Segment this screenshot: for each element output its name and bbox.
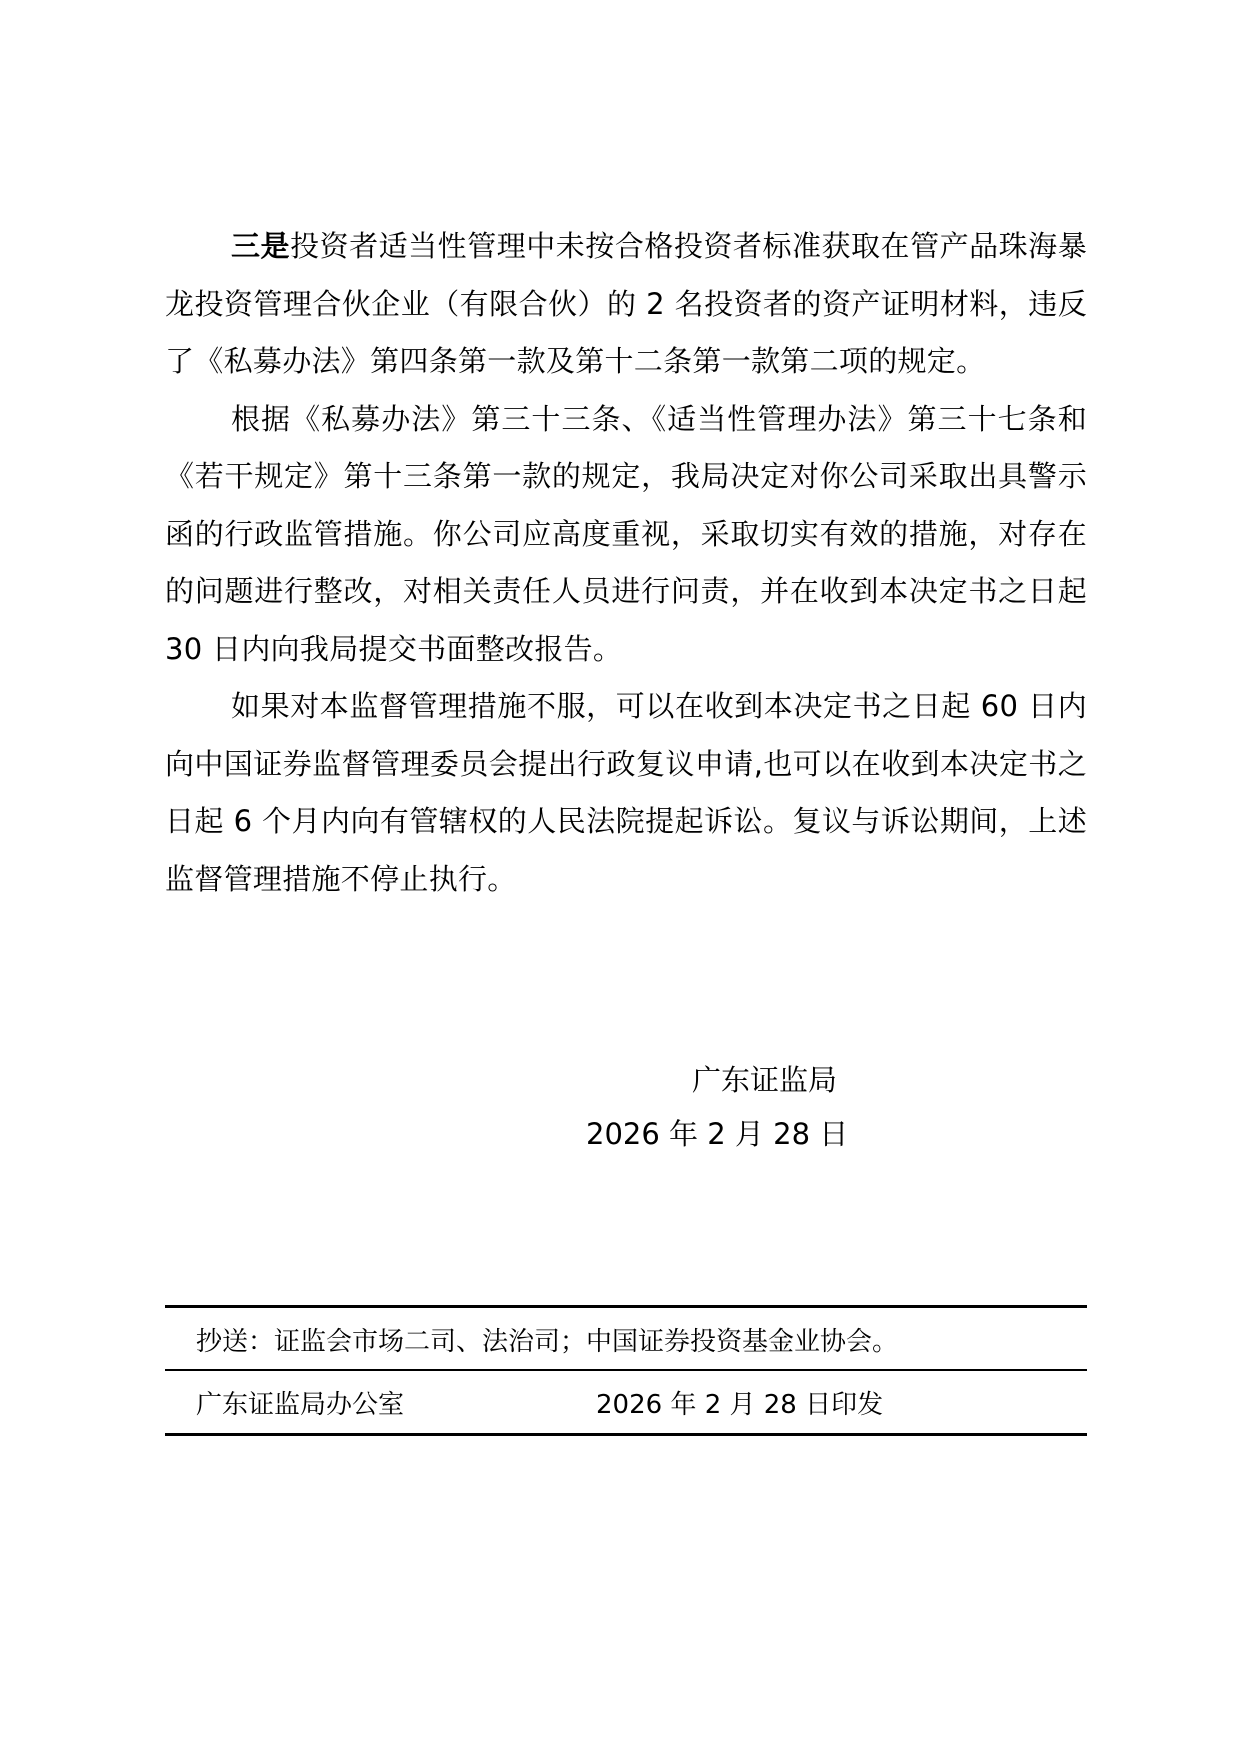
footer-rule-bottom bbox=[165, 1433, 1087, 1436]
paragraph-lead: 三是 bbox=[231, 229, 290, 263]
issue-date: 2026 年 2 月 28 日 bbox=[586, 1112, 848, 1153]
cc-line: 抄送：证监会市场二司、法治司；中国证券投资基金业协会。 bbox=[196, 1321, 898, 1358]
footer-rule-middle bbox=[165, 1369, 1087, 1371]
paragraph-3: 三是投资者适当性管理中未按合格投资者标准获取在管产品珠海暴龙投资管理合伙企业（有… bbox=[165, 218, 1087, 391]
print-date: 2026 年 2 月 28 日印发 bbox=[596, 1384, 883, 1421]
paragraph-appeal: 如果对本监督管理措施不服，可以在收到本决定书之日起 60 日内向中国证券监督管理… bbox=[165, 678, 1087, 908]
paragraph-text: 投资者适当性管理中未按合格投资者标准获取在管产品珠海暴龙投资管理合伙企业（有限合… bbox=[165, 229, 1087, 378]
print-office: 广东证监局办公室 bbox=[196, 1384, 404, 1421]
footer-rule-top bbox=[165, 1305, 1087, 1308]
document-body: 三是投资者适当性管理中未按合格投资者标准获取在管产品珠海暴龙投资管理合伙企业（有… bbox=[165, 218, 1087, 908]
paragraph-decision: 根据《私募办法》第三十三条、《适当性管理办法》第三十七条和《若干规定》第十三条第… bbox=[165, 391, 1087, 679]
issuer-name: 广东证监局 bbox=[692, 1058, 837, 1099]
